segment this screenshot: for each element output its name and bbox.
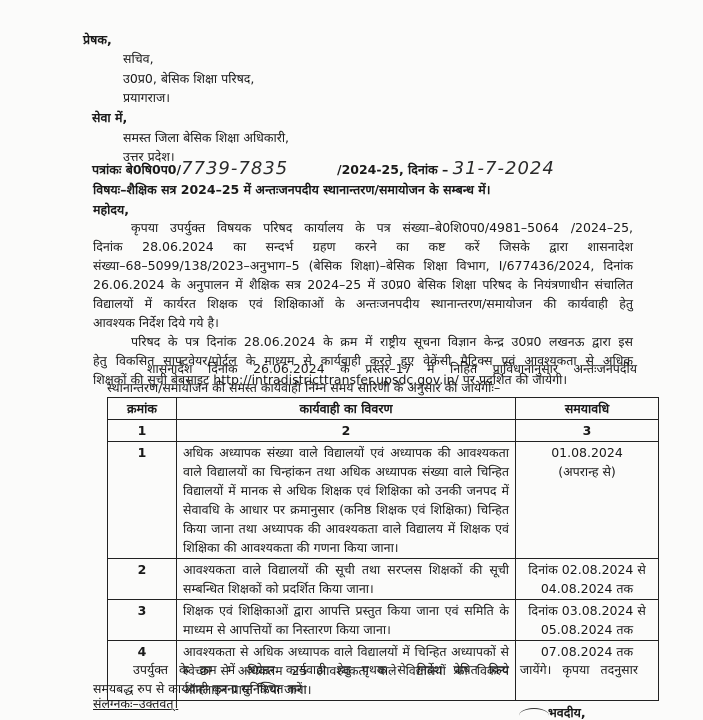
- row-description: अधिक अध्यापक संख्या वाले विद्यालयों एवं …: [177, 442, 516, 559]
- paragraph-line: स्थानान्तरण/समायोजन की समस्त कार्यवाही न…: [107, 378, 637, 397]
- recipient-label: सेवा में,: [92, 109, 127, 126]
- reference-prefix: पत्रांकः बे0षि0प0/: [92, 162, 181, 177]
- header-description: कार्यवाही का विवरण: [177, 398, 516, 420]
- period-line: (अपरान्ह से): [522, 462, 652, 481]
- schedule-table: क्रमांक कार्यवाही का विवरण समयावधि 1 2 3…: [107, 397, 659, 701]
- paragraph-line: संख्या–68–5099/138/2023–अनुभाग–5 (बेसिक …: [93, 256, 633, 275]
- recipient-line: समस्त जिला बेसिक शिक्षा अधिकारी,: [123, 129, 289, 146]
- header-period: समयावधि: [516, 398, 659, 420]
- row-description: आवश्यकता वाले विद्यालयों की सूची तथा सरप…: [177, 559, 516, 600]
- period-line: 04.08.2024 तक: [522, 579, 652, 598]
- table-header-row: क्रमांक कार्यवाही का विवरण समयावधि: [108, 398, 659, 420]
- period-line: दिनांक 02.08.2024 से: [522, 560, 652, 579]
- period-line: 05.08.2024 तक: [522, 620, 652, 639]
- sender-line: सचिव,: [123, 50, 154, 67]
- column-number: 3: [516, 420, 659, 442]
- paragraph-line: कृपया उपर्युक्त विषयक परिषद कार्यालय के …: [93, 218, 633, 237]
- header-sno: क्रमांक: [108, 398, 177, 420]
- row-period: दिनांक 02.08.2024 से04.08.2024 तक: [516, 559, 659, 600]
- column-number: 2: [177, 420, 516, 442]
- salutation: महोदय,: [93, 201, 129, 218]
- row-sno: 2: [108, 559, 177, 600]
- row-period: 01.08.2024(अपरान्ह से): [516, 442, 659, 559]
- table-row: 1अधिक अध्यापक संख्या वाले विद्यालयों एवं…: [108, 442, 659, 559]
- reference-date-handwritten: 31-7-2024: [453, 158, 555, 179]
- subject-line: विषयः–शैक्षिक सत्र 2024–25 में अन्तःजनपद…: [93, 181, 490, 198]
- row-description: शिक्षक एवं शिक्षिकाओं द्वारा आपत्ति प्रस…: [177, 600, 516, 641]
- paragraph-line: दिनांक 28.06.2024 का सन्दर्भ ग्रहण करने …: [93, 237, 633, 256]
- period-line: दिनांक 03.08.2024 से: [522, 601, 652, 620]
- closing-paragraph: उपर्युक्त के क्रम में अग्रेतर कार्यवाही …: [93, 660, 638, 698]
- paragraph-line: उपर्युक्त के क्रम में अग्रेतर कार्यवाही …: [93, 660, 638, 679]
- reference-session: /2024-25, दिनांक – 31-7-2024: [337, 160, 555, 178]
- reference-line: पत्रांकः बे0षि0प0/7739-7835: [92, 160, 288, 178]
- paragraph-3: शासनादेश दिनांक 26.06.2024 के प्रस्तर–17…: [107, 359, 637, 397]
- sender-line: उ0प्र0, बेसिक शिक्षा परिषद,: [123, 70, 254, 87]
- signature-mark: [519, 708, 549, 720]
- row-period: दिनांक 03.08.2024 से05.08.2024 तक: [516, 600, 659, 641]
- paragraph-line: विद्यालयों में कार्यरत शिक्षक एवं शिक्षि…: [93, 294, 633, 313]
- enclosure-note: संलग्नकः–उक्तवत्।: [93, 695, 178, 712]
- column-number: 1: [108, 420, 177, 442]
- table-number-row: 1 2 3: [108, 420, 659, 442]
- row-sno: 1: [108, 442, 177, 559]
- table-row: 3शिक्षक एवं शिक्षिकाओं द्वारा आपत्ति प्र…: [108, 600, 659, 641]
- signoff: भवदीय,: [548, 704, 586, 720]
- period-line: 01.08.2024: [522, 443, 652, 462]
- row-sno: 3: [108, 600, 177, 641]
- paragraph-line: शासनादेश दिनांक 26.06.2024 के प्रस्तर–17…: [107, 359, 637, 378]
- sender-line: प्रयागराज।: [123, 89, 170, 106]
- reference-session-text: /2024-25, दिनांक –: [337, 162, 448, 177]
- paragraph-1: कृपया उपर्युक्त विषयक परिषद कार्यालय के …: [93, 218, 633, 332]
- letter-page: प्रेषक, सचिव, उ0प्र0, बेसिक शिक्षा परिषद…: [0, 0, 703, 720]
- period-line: 07.08.2024 तक: [522, 642, 652, 661]
- sender-label: प्रेषक,: [83, 31, 112, 48]
- paragraph-line: आवश्यक निर्देश दिये गये है।: [93, 313, 633, 332]
- paragraph-line: परिषद के पत्र दिनांक 28.06.2024 के क्रम …: [93, 332, 633, 351]
- paragraph-line: 26.06.2024 के अनुपालन में शैक्षिक सत्र 2…: [93, 275, 633, 294]
- table-row: 2आवश्यकता वाले विद्यालयों की सूची तथा सर…: [108, 559, 659, 600]
- reference-number-handwritten: 7739-7835: [181, 158, 288, 179]
